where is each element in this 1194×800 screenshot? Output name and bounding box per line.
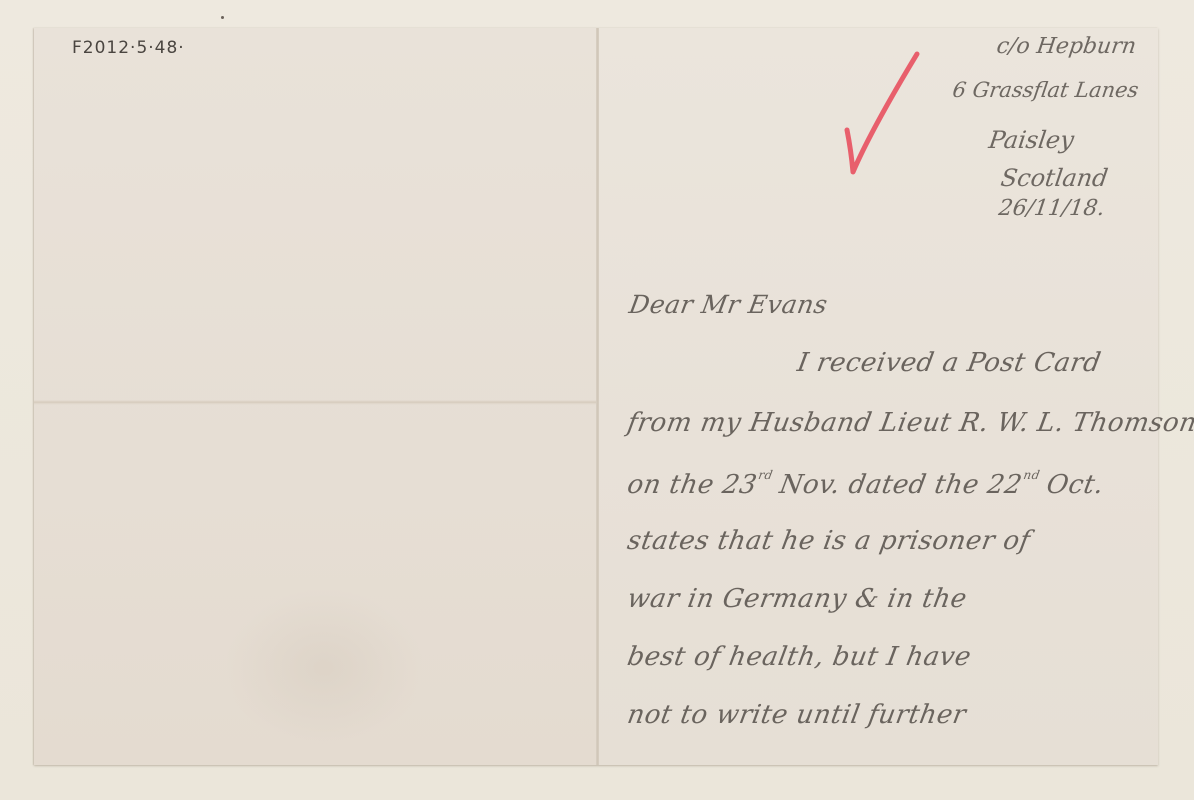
body-line-3-part-c: Oct. xyxy=(1036,470,1107,500)
address-country: Scotland xyxy=(999,164,1110,192)
body-line-1: I received a Post Card xyxy=(795,348,1103,378)
speck xyxy=(221,16,224,19)
archive-number: F2012·5·48· xyxy=(72,38,185,58)
body-line-3-part-a: on the 23 xyxy=(625,470,759,500)
body-line-3: on the 23rd Nov. dated the 22nd Oct. xyxy=(625,468,1107,500)
letter-sheet: c/o Hepburn 6 Grassflat Lanes Paisley Sc… xyxy=(34,28,1158,765)
letter-date: 26/11/18. xyxy=(997,196,1106,221)
address-town: Paisley xyxy=(987,126,1076,154)
paper-stain xyxy=(224,588,424,748)
body-line-7: not to write until further xyxy=(625,700,969,730)
body-line-3-part-b: Nov. dated the 22 xyxy=(769,470,1025,500)
body-line-5: war in Germany & in the xyxy=(625,584,969,614)
left-page xyxy=(34,28,597,765)
body-line-2: from my Husband Lieut R. W. L. Thomson xyxy=(625,408,1194,438)
right-page: c/o Hepburn 6 Grassflat Lanes Paisley Sc… xyxy=(599,28,1158,765)
horizontal-fold-line xyxy=(34,400,597,405)
address-street: 6 Grassflat Lanes xyxy=(951,78,1140,102)
salutation: Dear Mr Evans xyxy=(627,290,830,319)
address-care-of: c/o Hepburn xyxy=(995,34,1138,59)
body-line-4: states that he is a prisoner of xyxy=(625,526,1033,556)
document-mount: c/o Hepburn 6 Grassflat Lanes Paisley Sc… xyxy=(0,0,1194,800)
body-line-6: best of health, but I have xyxy=(625,642,974,672)
red-checkmark-icon xyxy=(841,50,921,180)
